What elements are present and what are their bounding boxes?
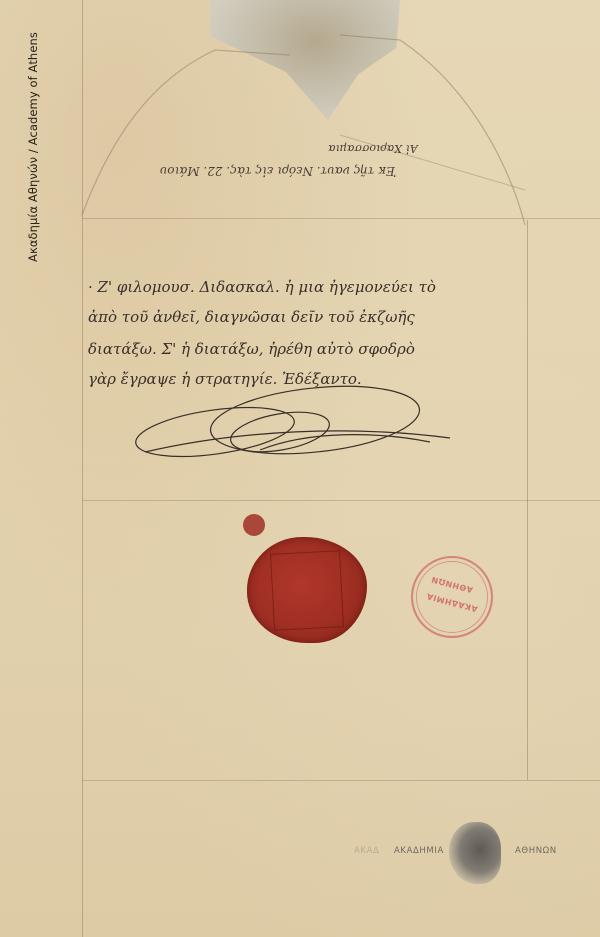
watermark-left-text: ΑΚΑΔΗΜΙΑ (394, 846, 444, 856)
watermark-right-text: ΑΘΗΝΩΝ (515, 846, 557, 856)
text-line-1: · Ζ' φιλομουσ. Διδασκαλ. ἡ μια ἠγεμονεύε… (88, 278, 436, 296)
text-line-3: διατάξω. Σ' ἡ διατάξω, ἠρέθη αὐτὸ σφοδρὸ (88, 340, 415, 358)
seal-impression (270, 550, 344, 631)
text-line-2: ἀπὸ τοῦ ἀνθεῖ, διαγνῶσαι δεῖν τοῦ ἐκζωῆς (88, 308, 415, 326)
upside-note-line-2: Ἐκ τῆς ναυτ. Νεόρι εἰς τὰς. 22. Μάιου (160, 164, 396, 178)
credit-line: Ακαδημία Αθηνών / Academy of Athens (26, 32, 40, 262)
signature-flourish (120, 370, 460, 470)
athena-helmet-icon (449, 822, 501, 884)
wax-seal (247, 537, 367, 643)
wax-drop (243, 514, 265, 536)
library-stamp: ΑΘΗΝΩΝ ΑΚΑΔΗΜΙΑ (411, 556, 493, 638)
upside-note-line-1: Αἱ Χαριοσσαμια (328, 142, 418, 155)
fold-line-middle (82, 500, 600, 501)
envelope-flap-outline (0, 0, 600, 260)
document-page: Ακαδημία Αθηνών / Academy of Athens Αἱ Χ… (0, 0, 600, 937)
fold-line-bottom (82, 780, 600, 781)
watermark-faded-text: ΑΚΑΔ (354, 846, 379, 856)
